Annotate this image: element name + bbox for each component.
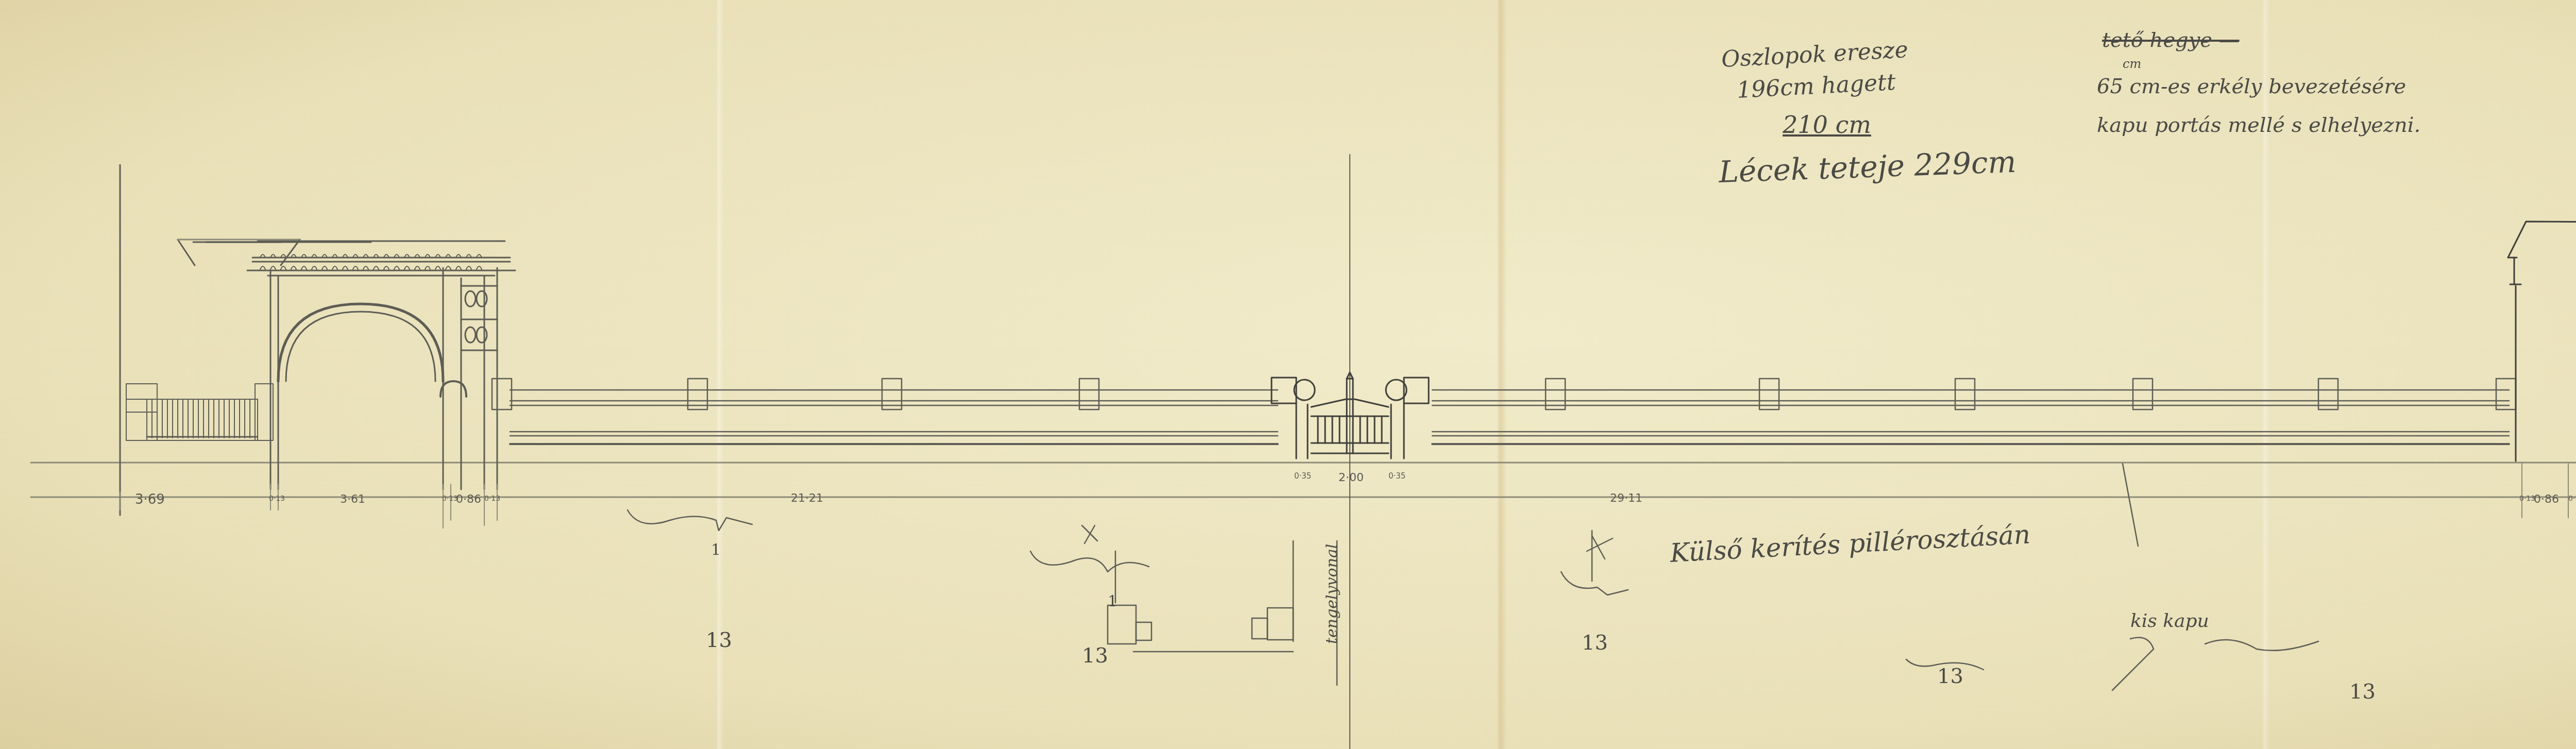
note-small-gate: kis kapu: [2130, 610, 2209, 632]
dim-right-2: 0·13: [2568, 495, 2576, 503]
sheet-number-2: 13: [1082, 644, 1108, 668]
central-gate: [1272, 155, 1429, 749]
mark-1b: 1: [1108, 592, 1117, 610]
note-gate-porter: kapu portás mellé s elhelyezni.: [2097, 113, 2420, 137]
note-65cm-balcony: 65 cm-es erkély bevezetésére: [2097, 75, 2406, 98]
sheet-number-5: 13: [2349, 680, 2376, 704]
dim-left-0: 3·69: [135, 492, 165, 507]
note-roof-peak: tető hegye —: [2102, 28, 2240, 52]
dim-center-1: 0·35: [1294, 471, 1311, 481]
note-cm-small: cm: [2123, 57, 2141, 71]
dim-left-4: 0·86: [456, 493, 481, 506]
left-gatehouse: [178, 240, 515, 489]
sheet-number-1: 13: [706, 628, 732, 652]
dim-center-4: 29·11: [1610, 492, 1642, 505]
sheet-number-4: 13: [1937, 665, 1963, 688]
fence-elevation-drawing: [0, 0, 2576, 749]
mark-1a: 1: [711, 541, 721, 559]
fence-rails: [510, 390, 2576, 444]
dim-center-2: 2·00: [1338, 471, 1364, 484]
note-210cm: 210 cm: [1783, 111, 1871, 139]
dim-center-0: 21·21: [791, 492, 823, 505]
sheet-number-3: 13: [1582, 631, 1608, 655]
dim-center-3: 0·35: [1388, 471, 1405, 481]
note-axis-line: tengelyvonal: [1323, 544, 1341, 644]
dim-left-1: 0·13: [269, 495, 285, 503]
dim-left-2: 3·61: [340, 493, 365, 506]
dim-right-0: 0·13: [2519, 495, 2535, 503]
right-gatehouse: [2508, 222, 2576, 461]
left-picket-fence: [126, 384, 273, 440]
dim-left-5: 0·13: [484, 495, 500, 503]
dim-right-1: 0·86: [2534, 493, 2559, 506]
